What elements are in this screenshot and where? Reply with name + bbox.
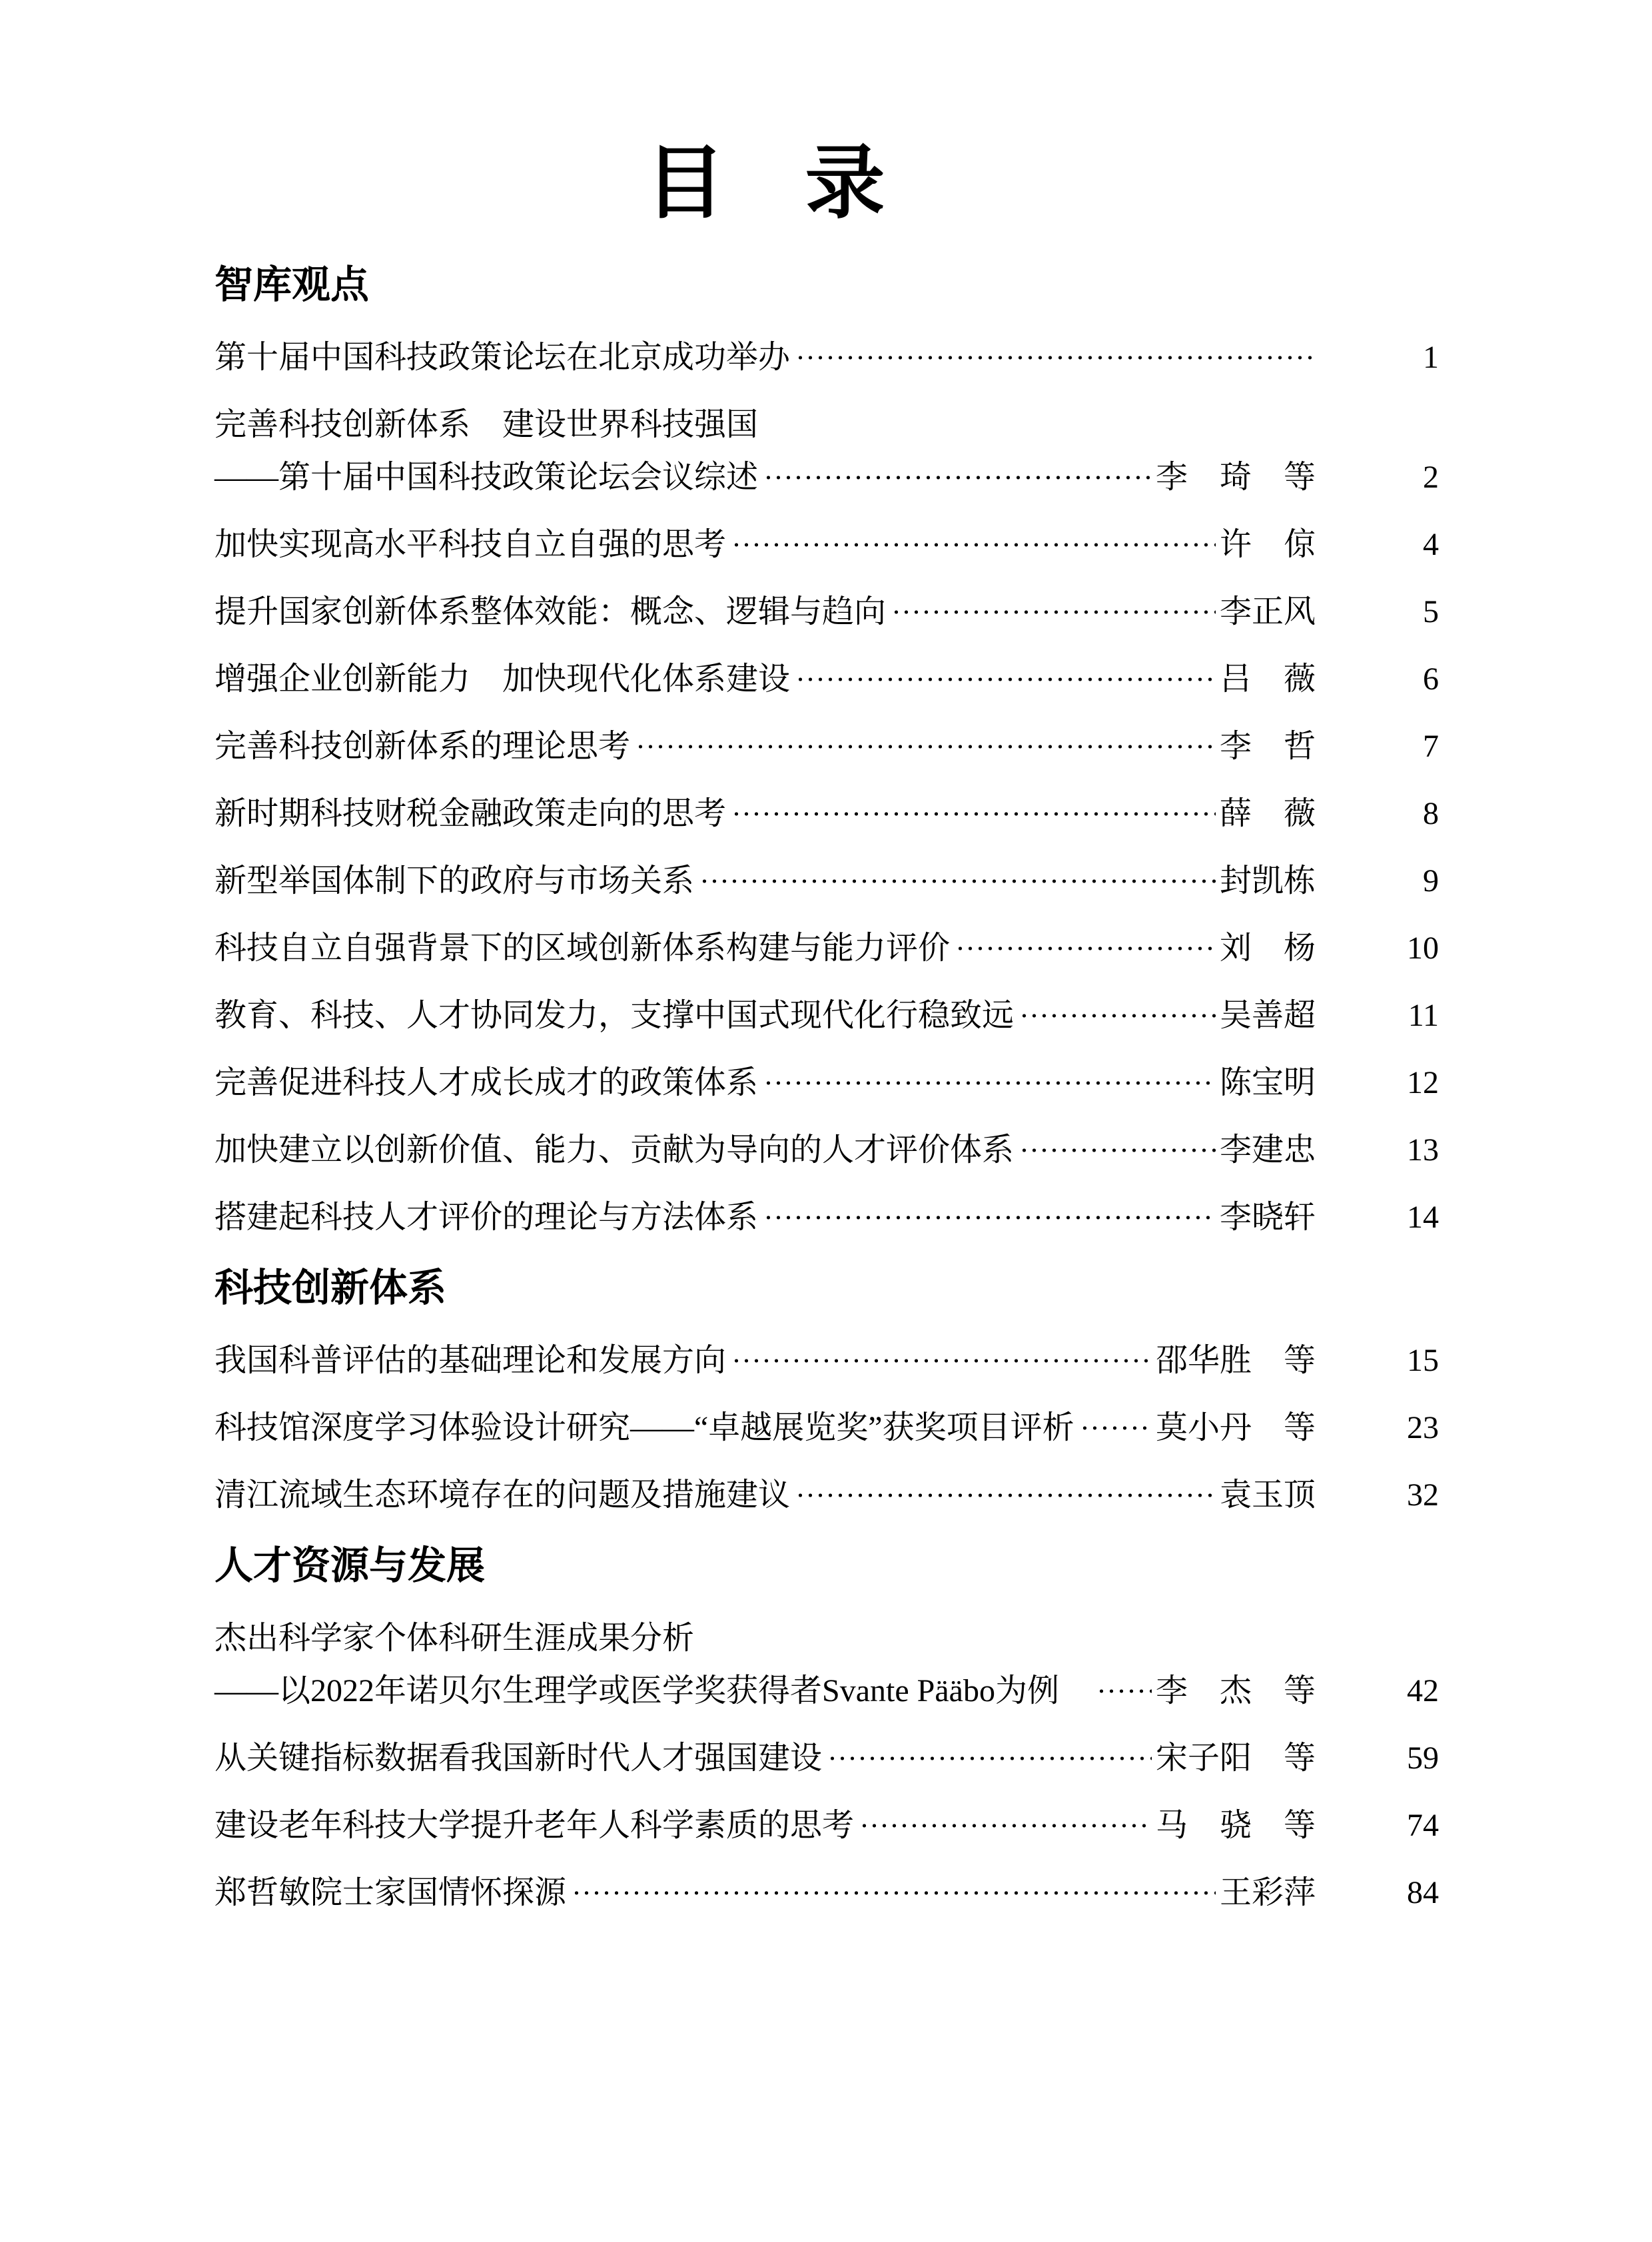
entry-title: 完善促进科技人才成长成才的政策体系 (214, 1067, 758, 1099)
toc-entry: 提升国家创新体系整体效能：概念、逻辑与趋向 李正风 5 (214, 596, 1439, 628)
entry-author: 袁玉顶 (1220, 1479, 1316, 1511)
toc-entry: 建设老年科技大学提升老年人科学素质的思考 马 骁 等 74 (214, 1810, 1439, 1842)
entry-title: 提升国家创新体系整体效能：概念、逻辑与趋向 (214, 596, 886, 628)
entry-author: 李 哲 (1220, 731, 1316, 763)
toc-entry: 加快建立以创新价值、能力、贡献为导向的人才评价体系 李建忠 13 (214, 1134, 1439, 1166)
entry-title: 新型举国体制下的政府与市场关系 (214, 865, 694, 897)
entry-title: 新时期科技财税金融政策走向的思考 (214, 798, 726, 830)
entry-author: 莫小丹 等 (1156, 1412, 1316, 1444)
toc-page: 目 录 智库观点 第十届中国科技政策论坛在北京成功举办 1 完善科技创新体系 建… (0, 0, 1652, 2242)
entry-author: 封凯栋 (1220, 865, 1316, 897)
entry-title: 第十届中国科技政策论坛在北京成功举办 (214, 342, 790, 374)
toc-entry: 新时期科技财税金融政策走向的思考 薛 薇 8 (214, 798, 1439, 830)
section-sci-tech-innovation-system: 科技创新体系 我国科普评估的基础理论和发展方向 邵华胜 等 15 科技馆深度学习… (214, 1269, 1439, 1511)
toc-entry: 完善科技创新体系 建设世界科技强国 ——第十届中国科技政策论坛会议综述 李 琦 … (214, 409, 1439, 494)
entry-title: 搭建起科技人才评价的理论与方法体系 (214, 1202, 758, 1234)
entry-title: 科技馆深度学习体验设计研究——“卓越展览奖”获奖项目评析 (214, 1412, 1074, 1444)
dotted-leader (731, 1345, 1152, 1377)
entry-author: 李建忠 (1220, 1134, 1316, 1166)
entry-author: 刘 杨 (1220, 933, 1316, 964)
entry-author: 马 骁 等 (1156, 1810, 1316, 1842)
dotted-leader (731, 798, 1216, 830)
dotted-leader (891, 596, 1216, 628)
entry-author: 陈宝明 (1220, 1067, 1316, 1099)
entry-page-number: 13 (1316, 1134, 1439, 1166)
entry-page-number: 9 (1316, 865, 1439, 897)
toc-entry: 郑哲敏院士家国情怀探源 王彩萍 84 (214, 1877, 1439, 1909)
entry-title-line2: ——以2022年诺贝尔生理学或医学奖获得者Svante Pääbo为例 (214, 1675, 1091, 1707)
entry-title: 完善科技创新体系的理论思考 (214, 731, 630, 763)
entry-author: 邵华胜 等 (1156, 1345, 1316, 1377)
section-heading: 人才资源与发展 (214, 1547, 1439, 1585)
toc-entry: 科技馆深度学习体验设计研究——“卓越展览奖”获奖项目评析 莫小丹 等 23 (214, 1412, 1439, 1444)
entry-title-line2-row: ——以2022年诺贝尔生理学或医学奖获得者Svante Pääbo为例 李 杰 … (214, 1675, 1439, 1707)
entry-author: 李正风 (1220, 596, 1316, 628)
entry-page-number: 10 (1316, 933, 1439, 964)
section-think-tank-views: 智库观点 第十届中国科技政策论坛在北京成功举办 1 完善科技创新体系 建设世界科… (214, 266, 1439, 1234)
toc-entry: 完善科技创新体系的理论思考 李 哲 7 (214, 731, 1439, 763)
entry-title-line1: 杰出科学家个体科研生涯成果分析 (214, 1623, 1439, 1655)
entry-page-number: 4 (1316, 529, 1439, 561)
page-title: 目 录 (214, 143, 1439, 223)
toc-entry: 清江流域生态环境存在的问题及措施建议 袁玉顶 32 (214, 1479, 1439, 1511)
entry-author: 薛 薇 (1220, 798, 1316, 830)
toc-entry: 我国科普评估的基础理论和发展方向 邵华胜 等 15 (214, 1345, 1439, 1377)
entry-title: 加快建立以创新价值、能力、贡献为导向的人才评价体系 (214, 1134, 1014, 1166)
toc-entry: 新型举国体制下的政府与市场关系 封凯栋 9 (214, 865, 1439, 897)
entry-author: 宋子阳 等 (1156, 1742, 1316, 1774)
entry-title: 教育、科技、人才协同发力，支撑中国式现代化行稳致远 (214, 1000, 1014, 1032)
entry-page-number: 15 (1316, 1345, 1439, 1377)
entry-title: 从关键指标数据看我国新时代人才强国建设 (214, 1742, 822, 1774)
dotted-leader (763, 1202, 1216, 1234)
entry-page-number: 8 (1316, 798, 1439, 830)
dotted-leader (1080, 1412, 1152, 1444)
entry-author: 李 杰 等 (1156, 1675, 1316, 1707)
entry-page-number: 14 (1316, 1202, 1439, 1234)
entry-title: 建设老年科技大学提升老年人科学素质的思考 (214, 1810, 854, 1842)
dotted-leader (1019, 1000, 1216, 1032)
dotted-leader (795, 1479, 1216, 1511)
entry-author: 李晓轩 (1220, 1202, 1316, 1234)
dotted-leader (795, 342, 1312, 374)
dotted-leader (763, 1067, 1216, 1099)
dotted-leader (1096, 1675, 1152, 1707)
entry-title: 科技自立自强背景下的区域创新体系构建与能力评价 (214, 933, 950, 964)
entry-author: 王彩萍 (1220, 1877, 1316, 1909)
toc-entry: 加快实现高水平科技自立自强的思考 许 倞 4 (214, 529, 1439, 561)
entry-page-number: 2 (1316, 462, 1439, 494)
entry-page-number: 32 (1316, 1479, 1439, 1511)
entry-author: 吕 薇 (1220, 663, 1316, 695)
entry-title: 郑哲敏院士家国情怀探源 (214, 1877, 566, 1909)
dotted-leader (827, 1742, 1152, 1774)
section-heading: 科技创新体系 (214, 1269, 1439, 1308)
dotted-leader (635, 731, 1216, 763)
dotted-leader (731, 529, 1216, 561)
entry-page-number: 12 (1316, 1067, 1439, 1099)
dotted-leader (859, 1810, 1152, 1842)
entry-title-line2: ——第十届中国科技政策论坛会议综述 (214, 462, 758, 494)
section-talent-resources-development: 人才资源与发展 杰出科学家个体科研生涯成果分析 ——以2022年诺贝尔生理学或医… (214, 1547, 1439, 1909)
toc-entry: 杰出科学家个体科研生涯成果分析 ——以2022年诺贝尔生理学或医学奖获得者Sva… (214, 1623, 1439, 1707)
toc-entry: 第十届中国科技政策论坛在北京成功举办 1 (214, 342, 1439, 374)
entry-author: 许 倞 (1220, 529, 1316, 561)
dotted-leader (795, 663, 1216, 695)
dotted-leader (763, 462, 1152, 494)
entry-author: 李 琦 等 (1156, 462, 1316, 494)
entry-page-number: 6 (1316, 663, 1439, 695)
entry-page-number: 23 (1316, 1412, 1439, 1444)
entry-title: 加快实现高水平科技自立自强的思考 (214, 529, 726, 561)
entry-page-number: 11 (1316, 1000, 1439, 1032)
entry-page-number: 5 (1316, 596, 1439, 628)
dotted-leader (699, 865, 1216, 897)
entry-title: 增强企业创新能力 加快现代化体系建设 (214, 663, 790, 695)
entry-title: 清江流域生态环境存在的问题及措施建议 (214, 1479, 790, 1511)
entry-page-number: 74 (1316, 1810, 1439, 1842)
entry-page-number: 1 (1316, 342, 1439, 374)
entry-title-line1: 完善科技创新体系 建设世界科技强国 (214, 409, 1439, 441)
toc-entry: 增强企业创新能力 加快现代化体系建设 吕 薇 6 (214, 663, 1439, 695)
entry-page-number: 7 (1316, 731, 1439, 763)
toc-entry: 从关键指标数据看我国新时代人才强国建设 宋子阳 等 59 (214, 1742, 1439, 1774)
entry-page-number: 59 (1316, 1742, 1439, 1774)
toc-entry: 搭建起科技人才评价的理论与方法体系 李晓轩 14 (214, 1202, 1439, 1234)
entry-author: 吴善超 (1220, 1000, 1316, 1032)
entry-page-number: 42 (1316, 1675, 1439, 1707)
dotted-leader (955, 933, 1216, 964)
entry-title: 我国科普评估的基础理论和发展方向 (214, 1345, 726, 1377)
toc-entry: 教育、科技、人才协同发力，支撑中国式现代化行稳致远 吴善超 11 (214, 1000, 1439, 1032)
dotted-leader (1019, 1134, 1216, 1166)
toc-entry: 科技自立自强背景下的区域创新体系构建与能力评价 刘 杨 10 (214, 933, 1439, 964)
entry-title-line2-row: ——第十届中国科技政策论坛会议综述 李 琦 等 2 (214, 462, 1439, 494)
entry-page-number: 84 (1316, 1877, 1439, 1909)
toc-entry: 完善促进科技人才成长成才的政策体系 陈宝明 12 (214, 1067, 1439, 1099)
section-heading: 智库观点 (214, 266, 1439, 304)
dotted-leader (572, 1877, 1216, 1909)
